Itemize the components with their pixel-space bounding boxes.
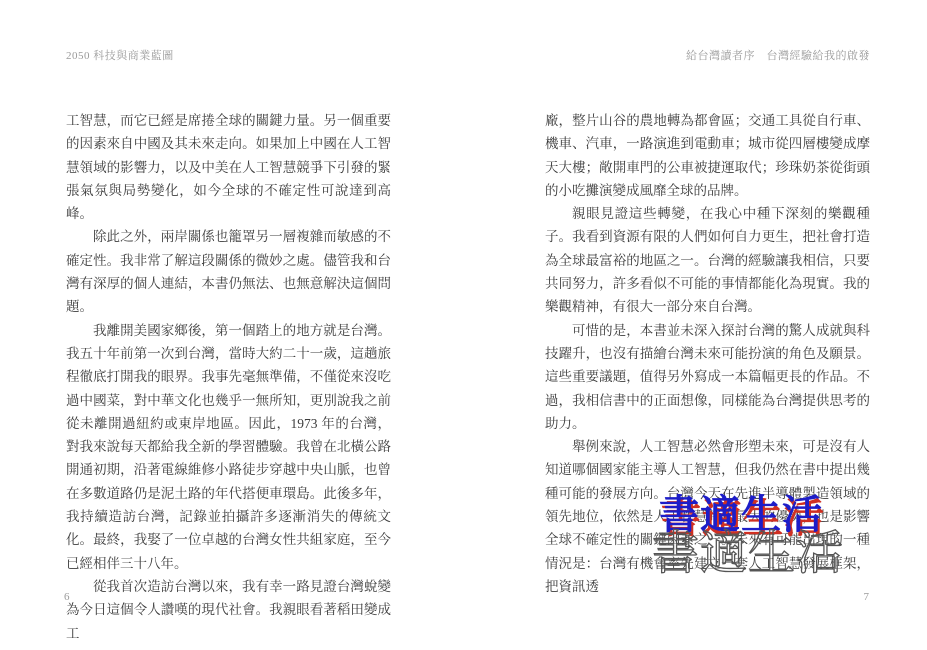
paragraph: 親眼見證這些轉變，在我心中種下深刻的樂觀種子。我看到資源有限的人們如何自力更生，… [545,202,870,318]
paragraph: 廠，整片山谷的農地轉為都會區；交通工具從自行車、機車、汽車，一路演進到電動車；城… [545,109,870,202]
paragraph: 可惜的是，本書並未深入探討台灣的驚人成就與科技躍升，也沒有描繪台灣未來可能扮演的… [545,319,870,435]
right-text-column: 廠，整片山谷的農地轉為都會區；交通工具從自行車、機車、汽車，一路演進到電動車；城… [545,109,870,598]
paragraph: 除此之外，兩岸關係也籠罩另一層複雜而敏感的不確定性。我非常了解這段關係的微妙之處… [66,225,391,318]
running-header-left: 2050 科技與商業藍圖 [66,47,174,63]
right-page-number: 7 [545,591,869,603]
left-page-number: 6 [64,591,70,603]
paragraph: 從我首次造訪台灣以來，我有幸一路見證台灣蛻變為今日這個令人讚嘆的現代社會。我親眼… [66,575,391,645]
paragraph: 工智慧，而它已經是席捲全球的關鍵力量。另一個重要的因素來自中國及其未來走向。如果… [66,109,391,225]
book-spread: 2050 科技與商業藍圖 工智慧，而它已經是席捲全球的關鍵力量。另一個重要的因素… [0,0,927,650]
paragraph: 舉例來說，人工智慧必然會形塑未來，可是沒有人知道哪個國家能主導人工智慧，但我仍然… [545,435,870,598]
paragraph: 我離開美國家鄉後，第一個踏上的地方就是台灣。我五十年前第一次到台灣，當時大約二十… [66,319,391,575]
running-header-right: 給台灣讀者序 台灣經驗給我的啟發 [545,47,870,63]
left-text-column: 工智慧，而它已經是席捲全球的關鍵力量。另一個重要的因素來自中國及其未來走向。如果… [66,109,391,645]
